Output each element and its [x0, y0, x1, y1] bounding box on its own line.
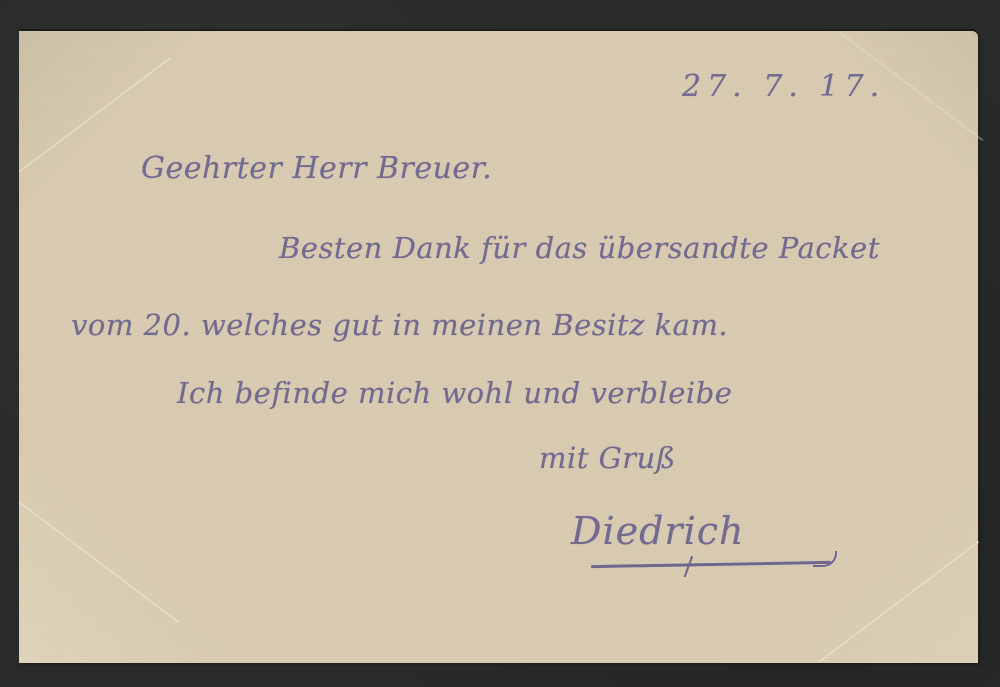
signature-flourish [684, 556, 707, 582]
signature-underline [591, 561, 831, 568]
letter-body-line: vom 20. welches gut in meinen Besitz kam… [71, 308, 728, 342]
letter-body-line: Ich befinde mich wohl und verbleibe [177, 376, 732, 410]
corner-fold-mark [18, 501, 179, 623]
letter-signature: Diedrich [571, 509, 745, 553]
letter-date: 27. 7. 17. [682, 69, 885, 104]
letter-body-line: Besten Dank für das übersandte Packet [279, 231, 880, 265]
letter-salutation: Geehrter Herr Breuer. [141, 151, 492, 186]
signature-flourish [813, 551, 837, 567]
letter-closing: mit Gruß [539, 441, 676, 475]
letter-paper: 27. 7. 17. Geehrter Herr Breuer. Besten … [19, 31, 978, 663]
corner-fold-mark [818, 541, 979, 663]
